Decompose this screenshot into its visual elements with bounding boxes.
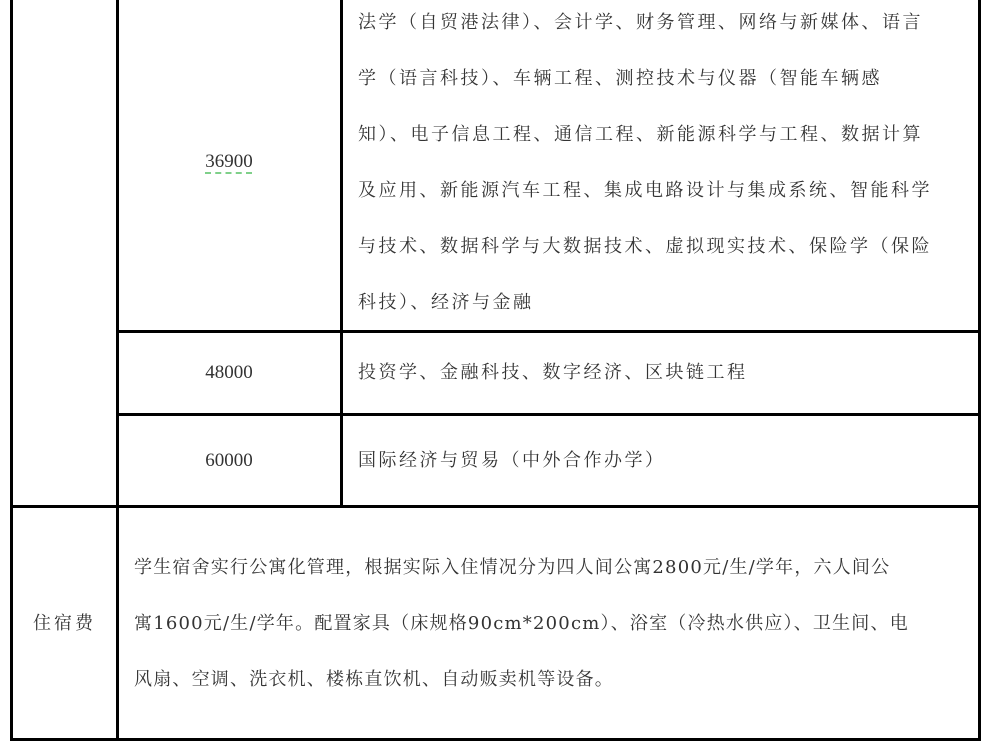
accommodation-description: 学生宿舍实行公寓化管理，根据实际入住情况分为四人间公寓2800元/生/学年，六人… bbox=[134, 540, 974, 708]
tuition-fee-cell: 48000 bbox=[118, 362, 340, 384]
majors-line: 科技）、经济与金融 bbox=[358, 275, 973, 331]
majors-line: 知）、电子信息工程、通信工程、新能源科学与工程、数据计算 bbox=[358, 107, 973, 163]
tuition-fee-cell: 36900 bbox=[118, 151, 340, 173]
accommodation-line: 寓1600元/生/学年。配置家具（床规格90cm*200cm）、浴室（冷热水供应… bbox=[134, 596, 974, 652]
table-border-right bbox=[978, 0, 981, 741]
majors-text: 投资学、金融科技、数字经济、区块链工程 bbox=[358, 362, 748, 383]
row-divider-2 bbox=[116, 413, 981, 416]
accommodation-line: 学生宿舍实行公寓化管理，根据实际入住情况分为四人间公寓2800元/生/学年，六人… bbox=[134, 540, 974, 596]
majors-text: 国际经济与贸易（中外合作办学） bbox=[358, 450, 666, 471]
accommodation-label-text: 住宿费 bbox=[33, 613, 96, 634]
row-divider-3 bbox=[10, 505, 981, 508]
majors-line: 及应用、新能源汽车工程、集成电路设计与集成系统、智能科学 bbox=[358, 163, 973, 219]
majors-cell: 国际经济与贸易（中外合作办学） bbox=[358, 433, 666, 489]
majors-line: 法学（自贸港法律）、会计学、财务管理、网络与新媒体、语言 bbox=[358, 0, 973, 51]
accommodation-label: 住宿费 bbox=[13, 596, 116, 652]
tuition-fee-value: 36900 bbox=[205, 151, 253, 172]
tuition-fee-value: 48000 bbox=[205, 362, 253, 383]
majors-cell: 投资学、金融科技、数字经济、区块链工程 bbox=[358, 345, 748, 401]
tuition-fee-cell: 60000 bbox=[118, 450, 340, 472]
majors-cell: 法学（自贸港法律）、会计学、财务管理、网络与新媒体、语言 学（语言科技）、车辆工… bbox=[358, 0, 973, 331]
accommodation-line: 风扇、空调、洗衣机、楼栋直饮机、自动贩卖机等设备。 bbox=[134, 652, 974, 708]
majors-line: 学（语言科技）、车辆工程、测控技术与仪器（智能车辆感 bbox=[358, 51, 973, 107]
majors-line: 与技术、数据科学与大数据技术、虚拟现实技术、保险学（保险 bbox=[358, 219, 973, 275]
table-border-bottom bbox=[10, 738, 981, 741]
column-divider-2 bbox=[340, 0, 343, 508]
tuition-fee-value: 60000 bbox=[205, 450, 253, 471]
